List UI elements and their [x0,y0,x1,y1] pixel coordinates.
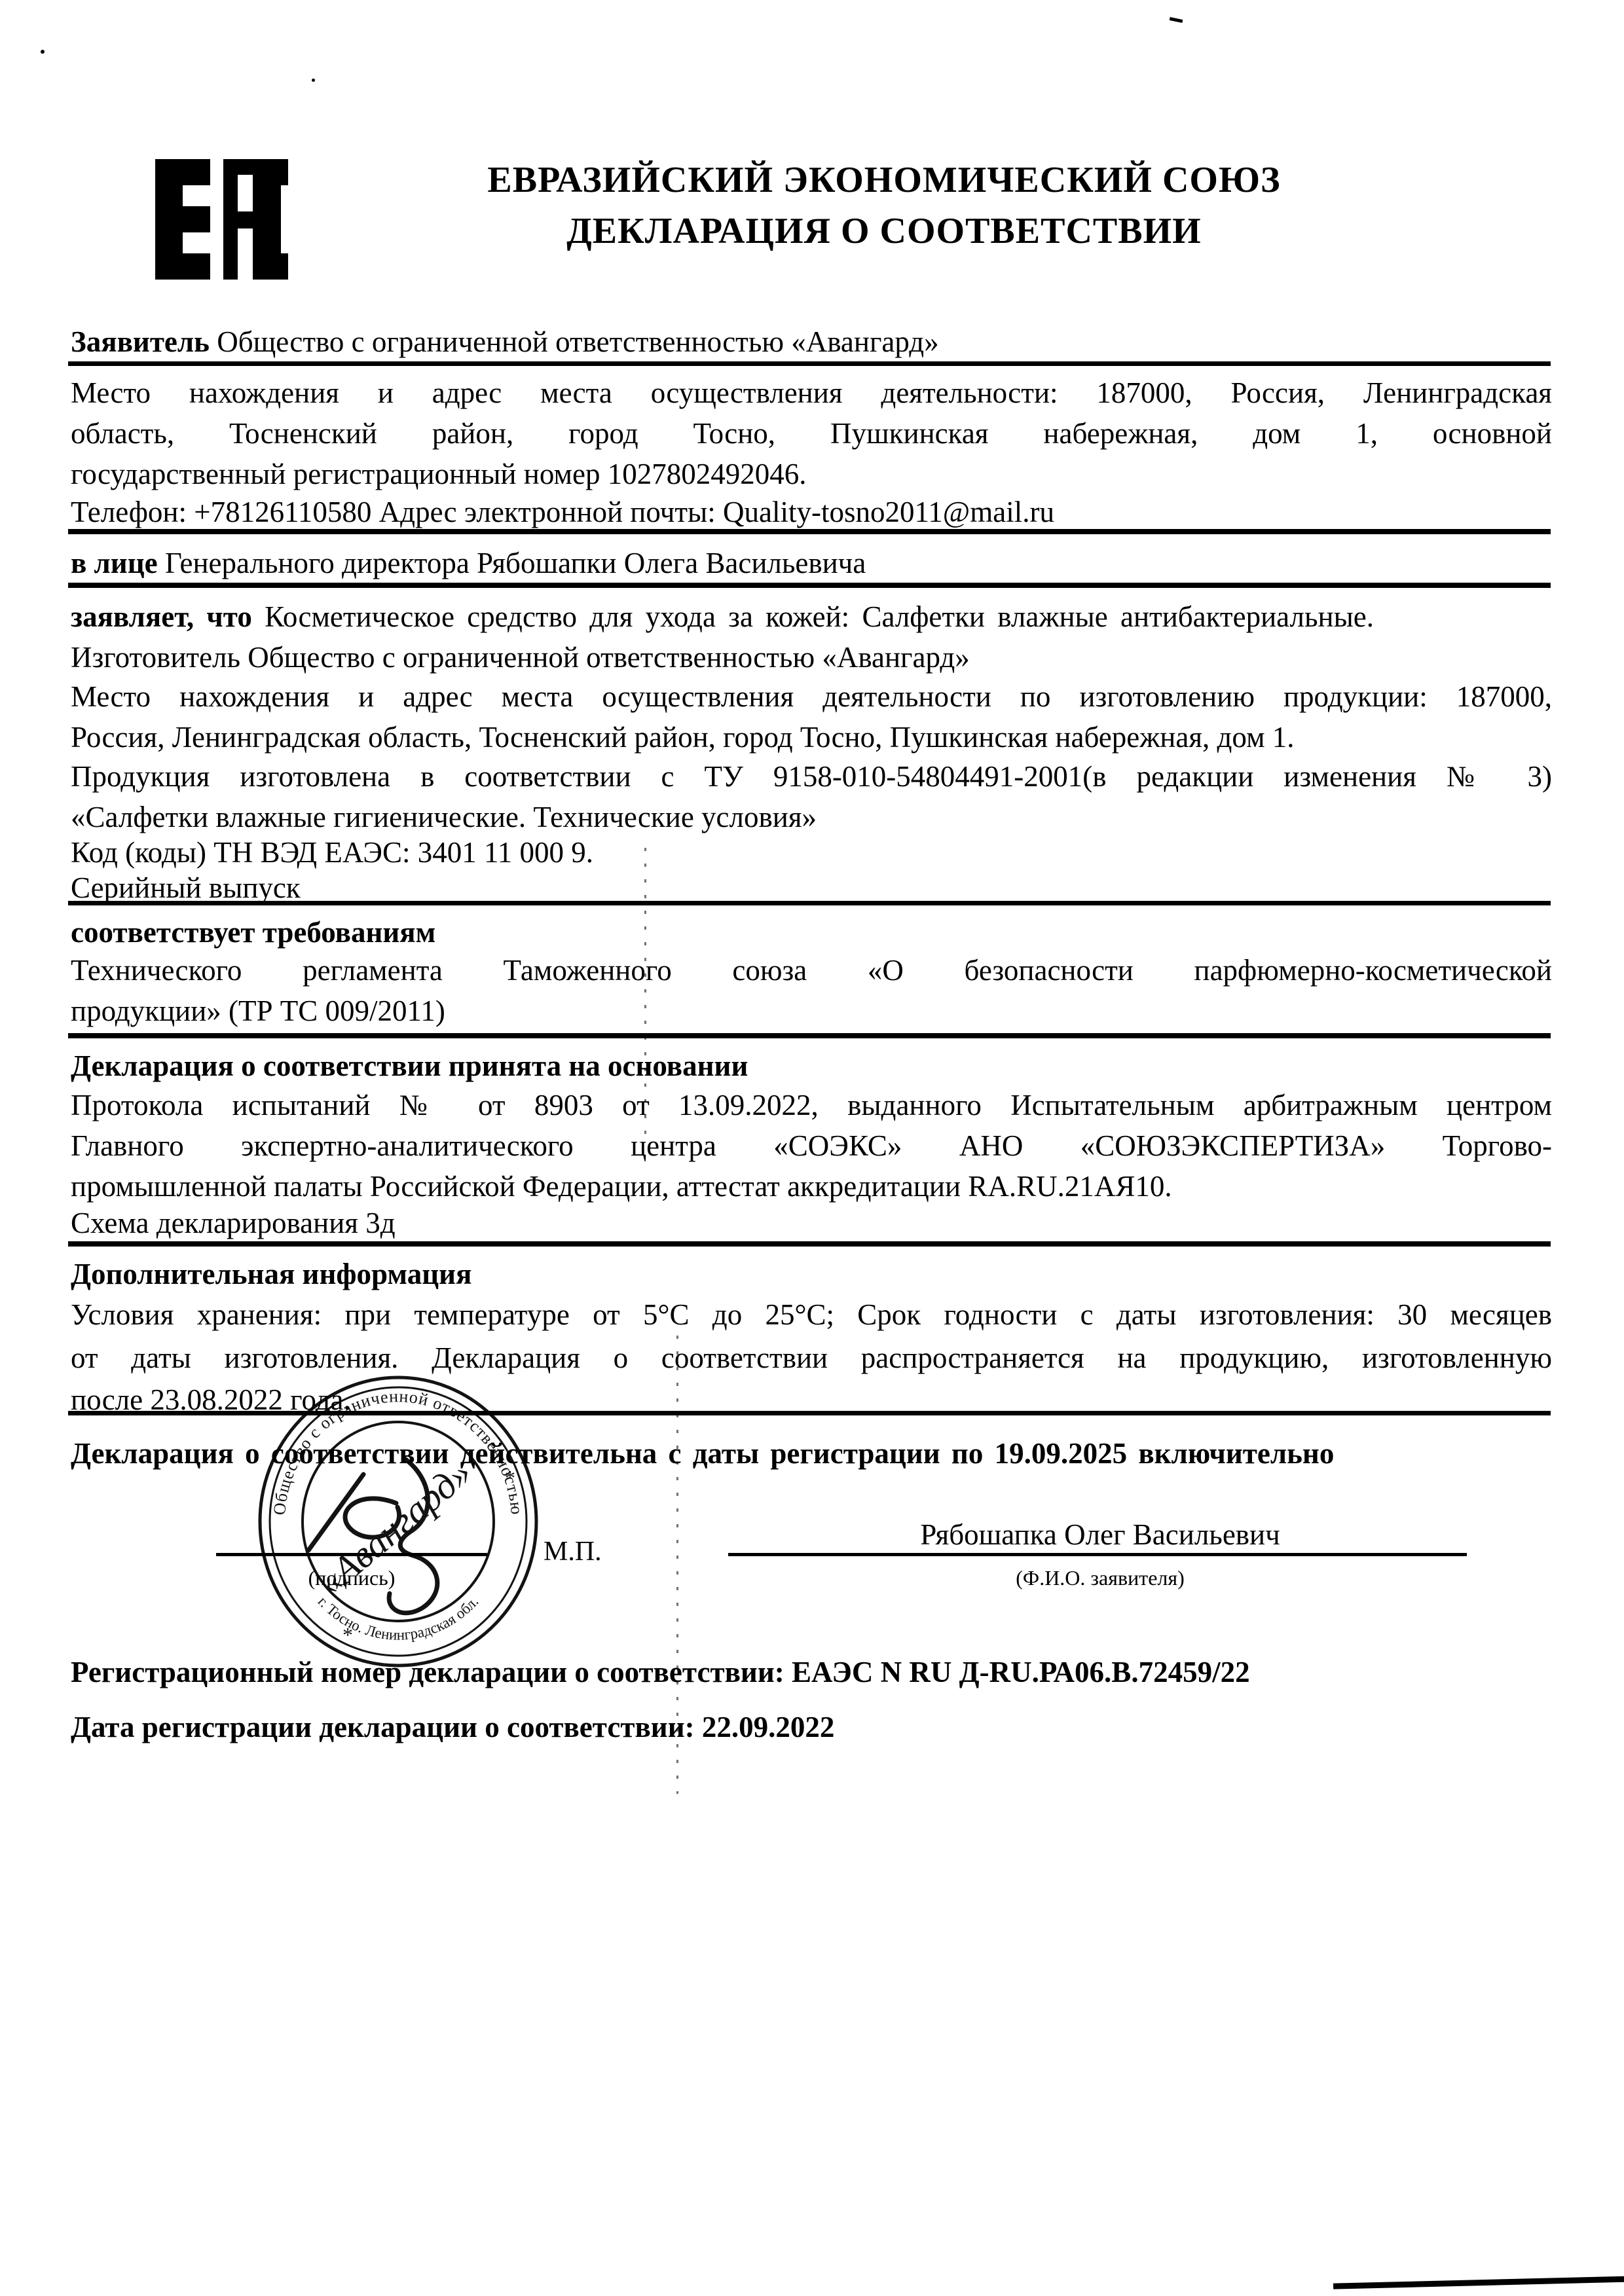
representative-line: в лице Генерального директора Рябошапки … [71,546,1552,580]
regulation-line: продукции» (ТР ТС 009/2011) [71,994,1552,1028]
divider-rule [68,361,1551,366]
tnved-code-line: Код (коды) ТН ВЭД ЕАЭС: 3401 11 000 9. [71,835,1552,869]
document-header: ЕВРАЗИЙСКИЙ ЭКОНОМИЧЕСКИЙ СОЮЗ ДЕКЛАРАЦИ… [393,155,1375,257]
basis-line: Протокола испытаний № от 8903 от 13.09.2… [71,1088,1552,1122]
scan-speck [312,79,315,82]
stamp-star-right: * [505,1466,515,1489]
address-line: государственный регистрационный номер 10… [71,457,1552,491]
manufacturer-line: Изготовитель Общество с ограниченной отв… [71,640,1552,674]
union-title: ЕВРАЗИЙСКИЙ ЭКОНОМИЧЕСКИЙ СОЮЗ [393,155,1375,206]
divider-rule [68,1241,1551,1247]
in-person-text: Генерального директора Рябошапки Олега В… [165,547,866,579]
regulation-line: Технического регламента Таможенного союз… [71,953,1552,987]
fio-caption: (Ф.И.О. заявителя) [733,1566,1467,1590]
registration-date-line: Дата регистрации декларации о соответств… [71,1710,1552,1744]
stamp-star-left: * [342,1623,353,1647]
manufacturer-address-line: Россия, Ленинградская область, Тосненски… [71,720,1552,754]
scan-speck [41,50,45,54]
serial-issue-line: Серийный выпуск [71,871,1552,905]
in-person-label: в лице [71,547,158,579]
signature-line-right [728,1553,1467,1556]
basis-line: промышленной палаты Российской Федерации… [71,1169,1552,1203]
applicant-name: Общество с ограниченной ответственностью… [217,325,938,358]
eac-logo [155,159,288,280]
requirements-heading: соответствует требованиям [71,915,1552,949]
product-line: заявляет, что Косметическое средство для… [71,600,1552,634]
phone-email-line: Телефон: +78126110580 Адрес электронной … [71,495,1552,529]
scan-speck [1170,17,1183,23]
manufacturer-address-line: Место нахождения и адрес места осуществл… [71,680,1552,714]
additional-info-line: Условия хранения: при температуре от 5°С… [71,1298,1552,1332]
product-text: Косметическое средство для ухода за коже… [265,600,1374,633]
divider-rule [68,1033,1551,1038]
production-spec-line: Продукция изготовлена в соответствии с Т… [71,759,1552,793]
divider-rule [68,583,1551,588]
stamp-place-label: М.П. [544,1536,602,1567]
basis-heading: Декларация о соответствии принята на осн… [71,1049,1552,1083]
scan-edge-artifact [1333,2276,1624,2289]
applicant-label: Заявитель [71,325,210,358]
address-line: область, Тосненский район, город Тосно, … [71,416,1552,450]
scan-fold-artifact [644,848,646,1146]
production-spec-line: «Салфетки влажные гигиенические. Техниче… [71,800,1552,834]
basis-line: Главного экспертно-аналитического центра… [71,1129,1552,1163]
doc-title: ДЕКЛАРАЦИЯ О СООТВЕТСТВИИ [393,206,1375,257]
divider-rule [68,529,1551,534]
additional-info-line: от даты изготовления. Декларация о соотв… [71,1341,1552,1375]
company-stamp: Общество с ограниченной ответственностью… [257,1375,539,1668]
declares-label: заявляет, что [71,600,252,633]
additional-info-heading: Дополнительная информация [71,1257,1552,1291]
applicant-signature-name: Рябошапка Олег Васильевич [733,1518,1467,1552]
scheme-line: Схема декларирования 3д [71,1206,1552,1240]
scan-fold-artifact [676,1336,678,1794]
document-page: ЕВРАЗИЙСКИЙ ЭКОНОМИЧЕСКИЙ СОЮЗ ДЕКЛАРАЦИ… [0,0,1624,2296]
applicant-line: Заявитель Общество с ограниченной ответс… [71,325,1552,359]
address-line: Место нахождения и адрес места осуществл… [71,376,1552,410]
divider-rule [68,901,1551,905]
